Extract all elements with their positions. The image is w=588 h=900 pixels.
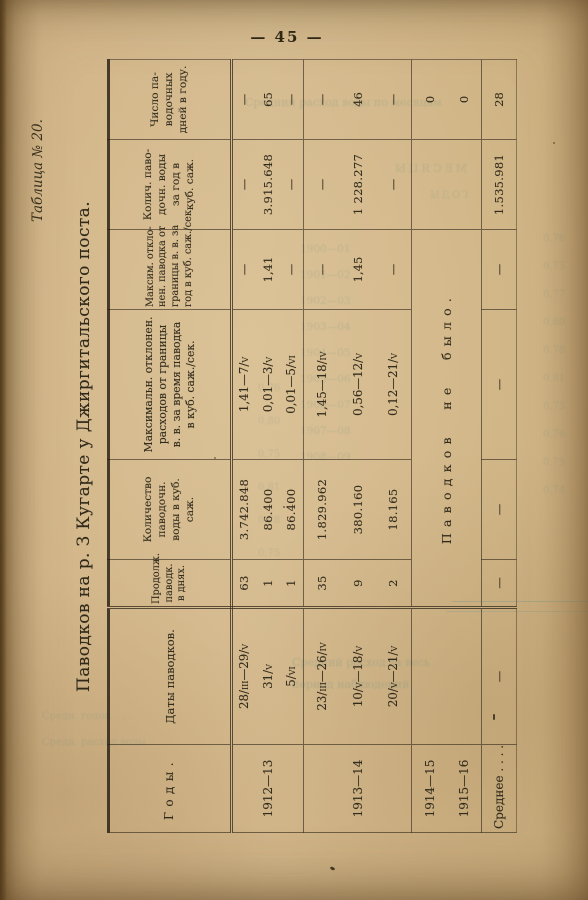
cell-max-year: —	[232, 230, 256, 310]
column-header-max-flood: Максимальн. отклонен. расходов от границ…	[109, 310, 232, 460]
cell-dates: 20/v—21/v	[376, 608, 412, 745]
cell-no-floods-note: Паводков не было.	[412, 230, 482, 608]
cell-dates: 10/v—18/v	[340, 608, 376, 745]
cell-qty-year: 3.915.648	[256, 140, 280, 230]
table-row: 20/v—21/v 2 18.165 0,12—21/v — — —	[376, 60, 412, 833]
column-header-dates: Даты паводков.	[109, 608, 232, 745]
table-row: 10/v—18/v 9 380.160 0,56—12/v 1,45 1 228…	[340, 60, 376, 833]
cell-qty-year	[412, 140, 448, 230]
table-row: 1913—14 23/iii—26/iv 35 1.829.962 1,45—1…	[304, 60, 340, 833]
cell-max-year: —	[376, 230, 412, 310]
table-number-label: Таблица № 20.	[30, 87, 46, 222]
cell-dates: 28/iii—29/v	[232, 608, 256, 745]
cell-max-flood: 0,01—5/vi	[280, 310, 304, 460]
cell-days: 0	[412, 60, 448, 140]
column-header-qty-year: Колич. паво- дочн. воды за год в куб. са…	[109, 140, 232, 230]
cell-days: —	[232, 60, 256, 140]
cell-days: —	[280, 60, 304, 140]
cell-max-flood: —	[482, 310, 517, 460]
cell-dates: 5/vi	[280, 608, 304, 745]
ink-speck	[330, 866, 336, 871]
cell-dates	[448, 608, 482, 745]
cell-year: 1914—15	[412, 745, 448, 833]
cell-qty-year: —	[232, 140, 256, 230]
cell-days: 65	[256, 60, 280, 140]
cell-qty-year: 1.535.981	[482, 140, 517, 230]
cell-year-average: Среднее . . . .	[482, 745, 517, 833]
cell-dates	[412, 608, 448, 745]
cell-quantity: 3.742.848	[232, 460, 256, 560]
table-row: 31/v 1 86.400 0,01—3/v 1,41 3.915.648 65	[256, 60, 280, 833]
cell-quantity: 380.160	[340, 460, 376, 560]
rotated-table-block: Паводков на р. З Кугарте у Джиргитальско…	[58, 60, 524, 833]
cell-max-year: 1,41	[256, 230, 280, 310]
cell-qty-year	[448, 140, 482, 230]
cell-duration: 9	[340, 560, 376, 608]
cell-quantity: 86.400	[280, 460, 304, 560]
table-title: Паводков на р. З Кугарте у Джиргитальско…	[74, 60, 94, 833]
ink-speck	[553, 142, 555, 144]
cell-days: —	[304, 60, 340, 140]
cell-days: 28	[482, 60, 517, 140]
cell-max-year: —	[304, 230, 340, 310]
cell-qty-year: —	[304, 140, 340, 230]
cell-dates: 31/v	[256, 608, 280, 745]
column-header-duration: Продолж. паводк. в днях.	[109, 560, 232, 608]
cell-dates: 23/iii—26/iv	[304, 608, 340, 745]
cell-max-year: —	[482, 230, 517, 310]
table-row: 5/vi 1 86.400 0,01—5/vi — — —	[280, 60, 304, 833]
header-row: Годы. Даты паводков. Продолж. паводк. в …	[109, 60, 232, 833]
scan-edge-shadow	[0, 0, 7, 900]
cell-days: 0	[448, 60, 482, 140]
cell-duration: 1	[256, 560, 280, 608]
cell-max-year: —	[280, 230, 304, 310]
table-row-average: Среднее . . . . — — — — — 1.535.981 28	[482, 60, 517, 833]
scanned-book-page: — 45 — Таблица № 20. Средний расход воды…	[0, 0, 588, 900]
cell-qty-year: 1 228.277	[340, 140, 376, 230]
cell-quantity: 86.400	[256, 460, 280, 560]
cell-max-year: 1,45	[340, 230, 376, 310]
cell-duration: 35	[304, 560, 340, 608]
cell-max-flood: 1,41—7/v	[232, 310, 256, 460]
cell-duration: 63	[232, 560, 256, 608]
cell-duration: 2	[376, 560, 412, 608]
cell-year: 1913—14	[304, 745, 412, 833]
cell-year: 1915—16	[448, 745, 482, 833]
column-header-days-year: Число па- водочных дней в году.	[109, 60, 232, 140]
column-header-max-year: Максим. откло- нен. паводка от границы в…	[109, 230, 232, 310]
cell-duration: 1	[280, 560, 304, 608]
cell-duration: —	[482, 560, 517, 608]
column-header-years: Годы.	[109, 745, 232, 833]
page-number: — 45 —	[0, 28, 574, 46]
cell-max-flood: 1,45—18/iv	[304, 310, 340, 460]
cell-qty-year: —	[280, 140, 304, 230]
column-header-quantity: Количество паводочн. воды в куб. саж.	[109, 460, 232, 560]
cell-year: 1912—13	[232, 745, 304, 833]
table-row: 1912—13 28/iii—29/v 63 3.742.848 1,41—7/…	[232, 60, 256, 833]
table-row: 1914—15 Паводков не было. 0	[412, 60, 448, 833]
cell-quantity: 18.165	[376, 460, 412, 560]
cell-days: —	[376, 60, 412, 140]
cell-days: 46	[340, 60, 376, 140]
cell-quantity: —	[482, 460, 517, 560]
cell-quantity: 1.829.962	[304, 460, 340, 560]
cell-dates: —	[482, 608, 517, 745]
flood-table: Годы. Даты паводков. Продолж. паводк. в …	[107, 59, 517, 833]
cell-qty-year: —	[376, 140, 412, 230]
cell-max-flood: 0,56—12/v	[340, 310, 376, 460]
cell-max-flood: 0,01—3/v	[256, 310, 280, 460]
cell-max-flood: 0,12—21/v	[376, 310, 412, 460]
bleed-through-text: 0,76 0,75 0,77 0,80 0,78 0,81 0,75 0,76 …	[543, 225, 565, 505]
